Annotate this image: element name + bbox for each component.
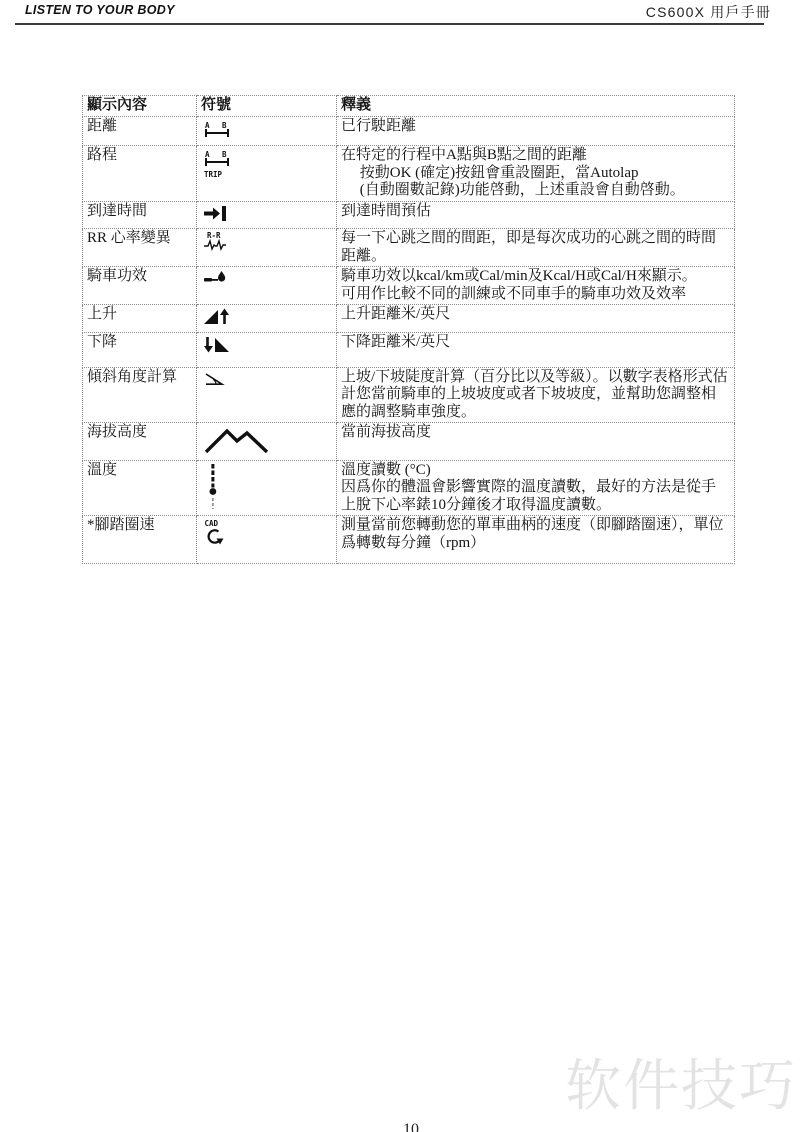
page-number: 10 — [403, 1121, 419, 1132]
manual-page: LISTEN TO YOUR BODY CS600X 用戶手冊 顯示內容 符號 … — [0, 0, 800, 1132]
table-row: 上升 上升距離米/英尺 — [83, 305, 735, 333]
table-header-row: 顯示內容 符號 釋義 — [83, 96, 735, 117]
table-row: 騎車功效 騎車功效以kcal/km或Cal/min及Kcal/H或Cal/H來顯… — [83, 267, 735, 305]
distance-icon: AB — [201, 118, 231, 145]
page-title: CS600X 用戶手冊 — [646, 2, 771, 22]
descent-icon — [201, 334, 230, 359]
display-symbols-table: 顯示內容 符號 釋義 距離 AB 已行駛距離 路程 ABTRIP 在特定的行程中… — [82, 95, 735, 564]
incline-icon — [201, 369, 226, 393]
row-desc: 當前海拔高度 — [337, 423, 735, 461]
temperature-icon — [201, 462, 218, 515]
arrival-time-icon — [201, 203, 228, 228]
table-row: 下降 下降距離米/英尺 — [83, 332, 735, 367]
column-header-meaning: 釋義 — [337, 96, 735, 117]
table-row: RR 心率變異 R-R 每一下心跳之間的間距，即是每次成功的心跳之間的時間距離。 — [83, 229, 735, 267]
row-desc: 已行駛距離 — [337, 116, 735, 146]
cycling-efficiency-icon — [201, 268, 227, 291]
svg-text:TRIP: TRIP — [204, 170, 223, 179]
table-row: 溫度 溫度讀數 (°C) 因爲你的體溫會影響實際的溫度讀數，最好的方法是從手上脫… — [83, 460, 735, 516]
trip-distance-icon: ABTRIP — [201, 147, 232, 186]
row-desc: 下降距離米/英尺 — [337, 332, 735, 367]
table-row: *腳踏圈速 CAD 測量當前您轉動您的單車曲柄的速度（即腳踏圈速），單位爲轉數每… — [83, 516, 735, 564]
row-label: 海拔高度 — [83, 423, 197, 461]
row-label: 傾斜角度計算 — [83, 367, 197, 423]
table-row: 到達時間 到達時間預估 — [83, 201, 735, 229]
row-label: 路程 — [83, 146, 197, 202]
row-desc: 騎車功效以kcal/km或Cal/min及Kcal/H或Cal/H來顯示。 可用… — [337, 267, 735, 305]
row-label: 騎車功效 — [83, 267, 197, 305]
row-desc: 上升距離米/英尺 — [337, 305, 735, 333]
svg-text:R-R: R-R — [207, 232, 221, 240]
svg-text:B: B — [222, 121, 227, 130]
row-desc: 測量當前您轉動您的單車曲柄的速度（即腳踏圈速），單位爲轉數每分鐘（rpm） — [337, 516, 735, 564]
cadence-icon: CAD — [201, 517, 226, 552]
table-row: 傾斜角度計算 上坡/下坡陡度計算（百分比以及等級）。以數字表格形式估計您當前騎車… — [83, 367, 735, 423]
svg-text:CAD: CAD — [205, 519, 219, 528]
row-label: 距離 — [83, 116, 197, 146]
header-divider — [15, 23, 764, 25]
svg-text:A: A — [205, 150, 210, 159]
table-row: 海拔高度 當前海拔高度 — [83, 423, 735, 461]
row-label: 到達時間 — [83, 201, 197, 229]
row-label: RR 心率變異 — [83, 229, 197, 267]
svg-text:B: B — [222, 150, 227, 159]
row-desc: 到達時間預估 — [337, 201, 735, 229]
row-desc: 在特定的行程中A點與B點之間的距離 按動OK (確定)按鈕會重設圈距，當Auto… — [337, 146, 735, 202]
row-label: 下降 — [83, 332, 197, 367]
row-label: 上升 — [83, 305, 197, 333]
watermark-text: 软件技巧 — [565, 1042, 797, 1122]
svg-text:A: A — [205, 121, 210, 130]
polar-slogan-logo: LISTEN TO YOUR BODY — [25, 3, 175, 17]
row-desc: 上坡/下坡陡度計算（百分比以及等級）。以數字表格形式估計您當前騎車的上坡坡度或者… — [337, 367, 735, 423]
rr-variability-icon: R-R — [201, 230, 227, 257]
column-header-display: 顯示內容 — [83, 96, 197, 117]
row-desc: 每一下心跳之間的間距，即是每次成功的心跳之間的時間距離。 — [337, 229, 735, 267]
row-desc: 溫度讀數 (°C) 因爲你的體溫會影響實際的溫度讀數，最好的方法是從手上脫下心率… — [337, 460, 735, 516]
table-row: 距離 AB 已行駛距離 — [83, 116, 735, 146]
row-label: *腳踏圈速 — [83, 516, 197, 564]
altitude-icon — [201, 424, 270, 459]
row-label: 溫度 — [83, 460, 197, 516]
table-row: 路程 ABTRIP 在特定的行程中A點與B點之間的距離 按動OK (確定)按鈕會… — [83, 146, 735, 202]
ascent-icon — [201, 306, 230, 331]
column-header-symbol: 符號 — [197, 96, 337, 117]
